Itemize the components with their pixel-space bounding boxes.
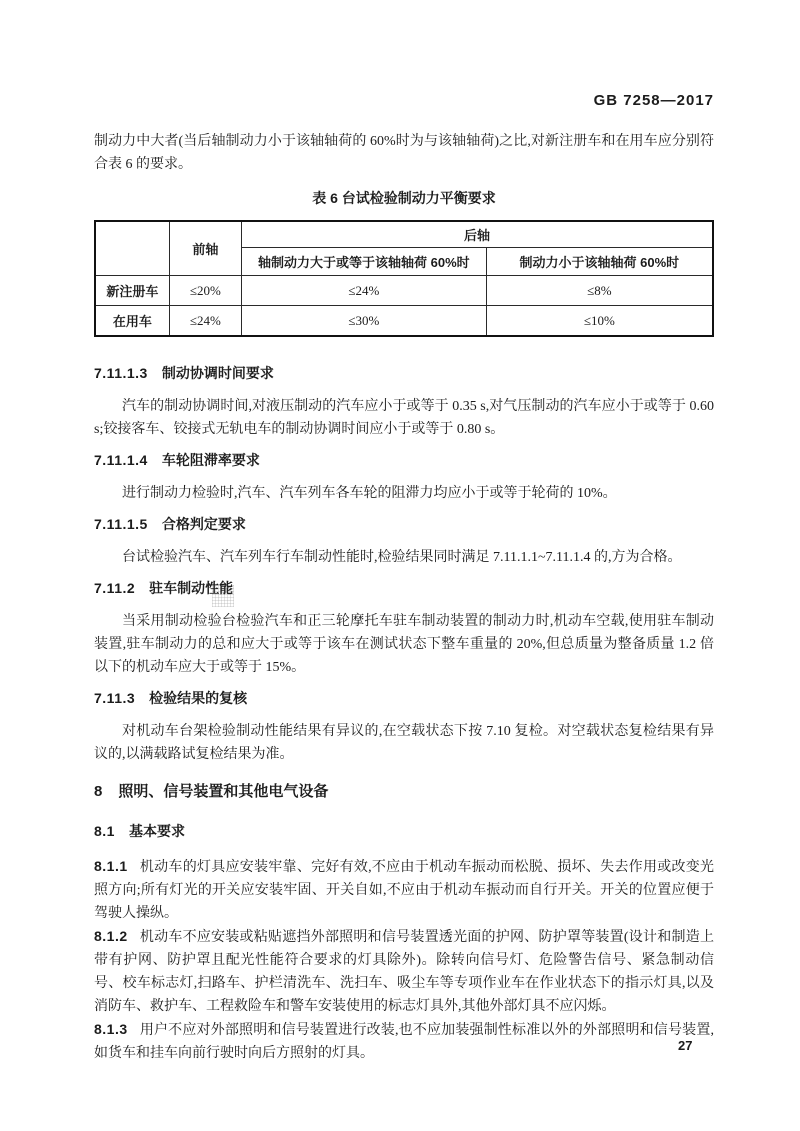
table6-corner-cell — [95, 221, 169, 276]
section-body-7-11-1-5: 台试检验汽车、汽车列车行车制动性能时,检验结果同时满足 7.11.1.1~7.1… — [94, 546, 714, 569]
table-cell: ≤24% — [241, 276, 486, 306]
section-title: 基本要求 — [129, 823, 185, 839]
section-number: 7.11.1.5 — [94, 516, 148, 532]
clause-text: 机动车的灯具应安装牢靠、完好有效,不应由于机动车振动而松脱、损坏、失去作用或改变… — [94, 860, 714, 921]
section-heading-7-11-1-5: 7.11.1.5合格判定要求 — [94, 513, 714, 536]
chapter-title: 照明、信号装置和其他电气设备 — [118, 783, 328, 800]
clause-text: 机动车不应安装或粘贴遮挡外部照明和信号装置透光面的护网、防护罩等装置(设计和制造… — [94, 930, 714, 1014]
section-number: 7.11.1.4 — [94, 452, 148, 468]
section-heading-7-11-1-3: 7.11.1.3制动协调时间要求 — [94, 362, 714, 385]
section-body-7-11-2: 当采用制动检验台检验汽车和正三轮摩托车驻车制动装置的制动力时,机动车空载,使用驻… — [94, 610, 714, 679]
intro-paragraph: 制动力中大者(当后轴制动力小于该轴轴荷的 60%时为与该轴轴荷)之比,对新注册车… — [94, 130, 714, 176]
table6-rowlabel-new: 新注册车 — [95, 276, 169, 306]
document-page: { "page": { "header": "GB 7258—2017", "p… — [0, 0, 800, 1131]
clause-number: 8.1.3 — [94, 1021, 128, 1037]
section-title: 制动协调时间要求 — [162, 365, 274, 381]
section-heading-7-11-2: 7.11.2驻车制动性能 — [94, 577, 714, 600]
table6: 前轴 后轴 轴制动力大于或等于该轴轴荷 60%时 制动力小于该轴轴荷 60%时 … — [94, 220, 714, 337]
section-body-7-11-1-3: 汽车的制动协调时间,对液压制动的汽车应小于或等于 0.35 s,对气压制动的汽车… — [94, 395, 714, 441]
section-title: 车轮阻滞率要求 — [162, 452, 260, 468]
table6-rowlabel-inuse: 在用车 — [95, 306, 169, 337]
section-number: 7.11.3 — [94, 690, 135, 706]
table6-subheader-rear-ge: 轴制动力大于或等于该轴轴荷 60%时 — [241, 248, 486, 276]
clause-number: 8.1.2 — [94, 928, 128, 944]
standard-number-header: GB 7258—2017 — [94, 92, 714, 109]
table-row: 新注册车 ≤20% ≤24% ≤8% — [95, 276, 713, 306]
page-content: GB 7258—2017 制动力中大者(当后轴制动力小于该轴轴荷的 60%时为与… — [94, 0, 714, 1065]
clause-8-1-1: 8.1.1机动车的灯具应安装牢靠、完好有效,不应由于机动车振动而松脱、损坏、失去… — [94, 855, 714, 925]
clause-number: 8.1.1 — [94, 858, 128, 874]
section-heading-8-1: 8.1基本要求 — [94, 820, 714, 843]
section-heading-7-11-3: 7.11.3检验结果的复核 — [94, 687, 714, 710]
chapter-heading-8: 8照明、信号装置和其他电气设备 — [94, 780, 714, 804]
section-number: 8.1 — [94, 823, 115, 839]
table6-subheader-rear-lt: 制动力小于该轴轴荷 60%时 — [486, 248, 713, 276]
page-number: 27 — [678, 1038, 692, 1053]
table6-header-front-axle: 前轴 — [169, 221, 241, 276]
table-cell: ≤10% — [486, 306, 713, 337]
table6-title: 表 6 台试检验制动力平衡要求 — [94, 188, 714, 208]
section-number: 7.11.2 — [94, 580, 135, 596]
section-title: 检验结果的复核 — [149, 690, 247, 706]
section-title: 合格判定要求 — [162, 516, 246, 532]
section-body-7-11-1-4: 进行制动力检验时,汽车、汽车列车各车轮的阻滞力均应小于或等于轮荷的 10%。 — [94, 482, 714, 505]
chapter-number: 8 — [94, 783, 102, 800]
table-cell: ≤24% — [169, 306, 241, 337]
clause-8-1-2: 8.1.2机动车不应安装或粘贴遮挡外部照明和信号装置透光面的护网、防护罩等装置(… — [94, 925, 714, 1018]
section-number: 7.11.1.3 — [94, 365, 148, 381]
table-cell: ≤8% — [486, 276, 713, 306]
clause-8-1-3: 8.1.3用户不应对外部照明和信号装置进行改装,也不应加装强制性标准以外的外部照… — [94, 1018, 714, 1065]
clause-text: 用户不应对外部照明和信号装置进行改装,也不应加装强制性标准以外的外部照明和信号装… — [94, 1023, 714, 1061]
table-row: 在用车 ≤24% ≤30% ≤10% — [95, 306, 713, 337]
section-heading-7-11-1-4: 7.11.1.4车轮阻滞率要求 — [94, 449, 714, 472]
table-cell: ≤20% — [169, 276, 241, 306]
section-title: 驻车制动性能 — [149, 580, 233, 596]
table-cell: ≤30% — [241, 306, 486, 337]
section-body-7-11-3: 对机动车台架检验制动性能结果有异议的,在空载状态下按 7.10 复检。对空载状态… — [94, 720, 714, 766]
table6-header-rear-axle: 后轴 — [241, 221, 713, 248]
